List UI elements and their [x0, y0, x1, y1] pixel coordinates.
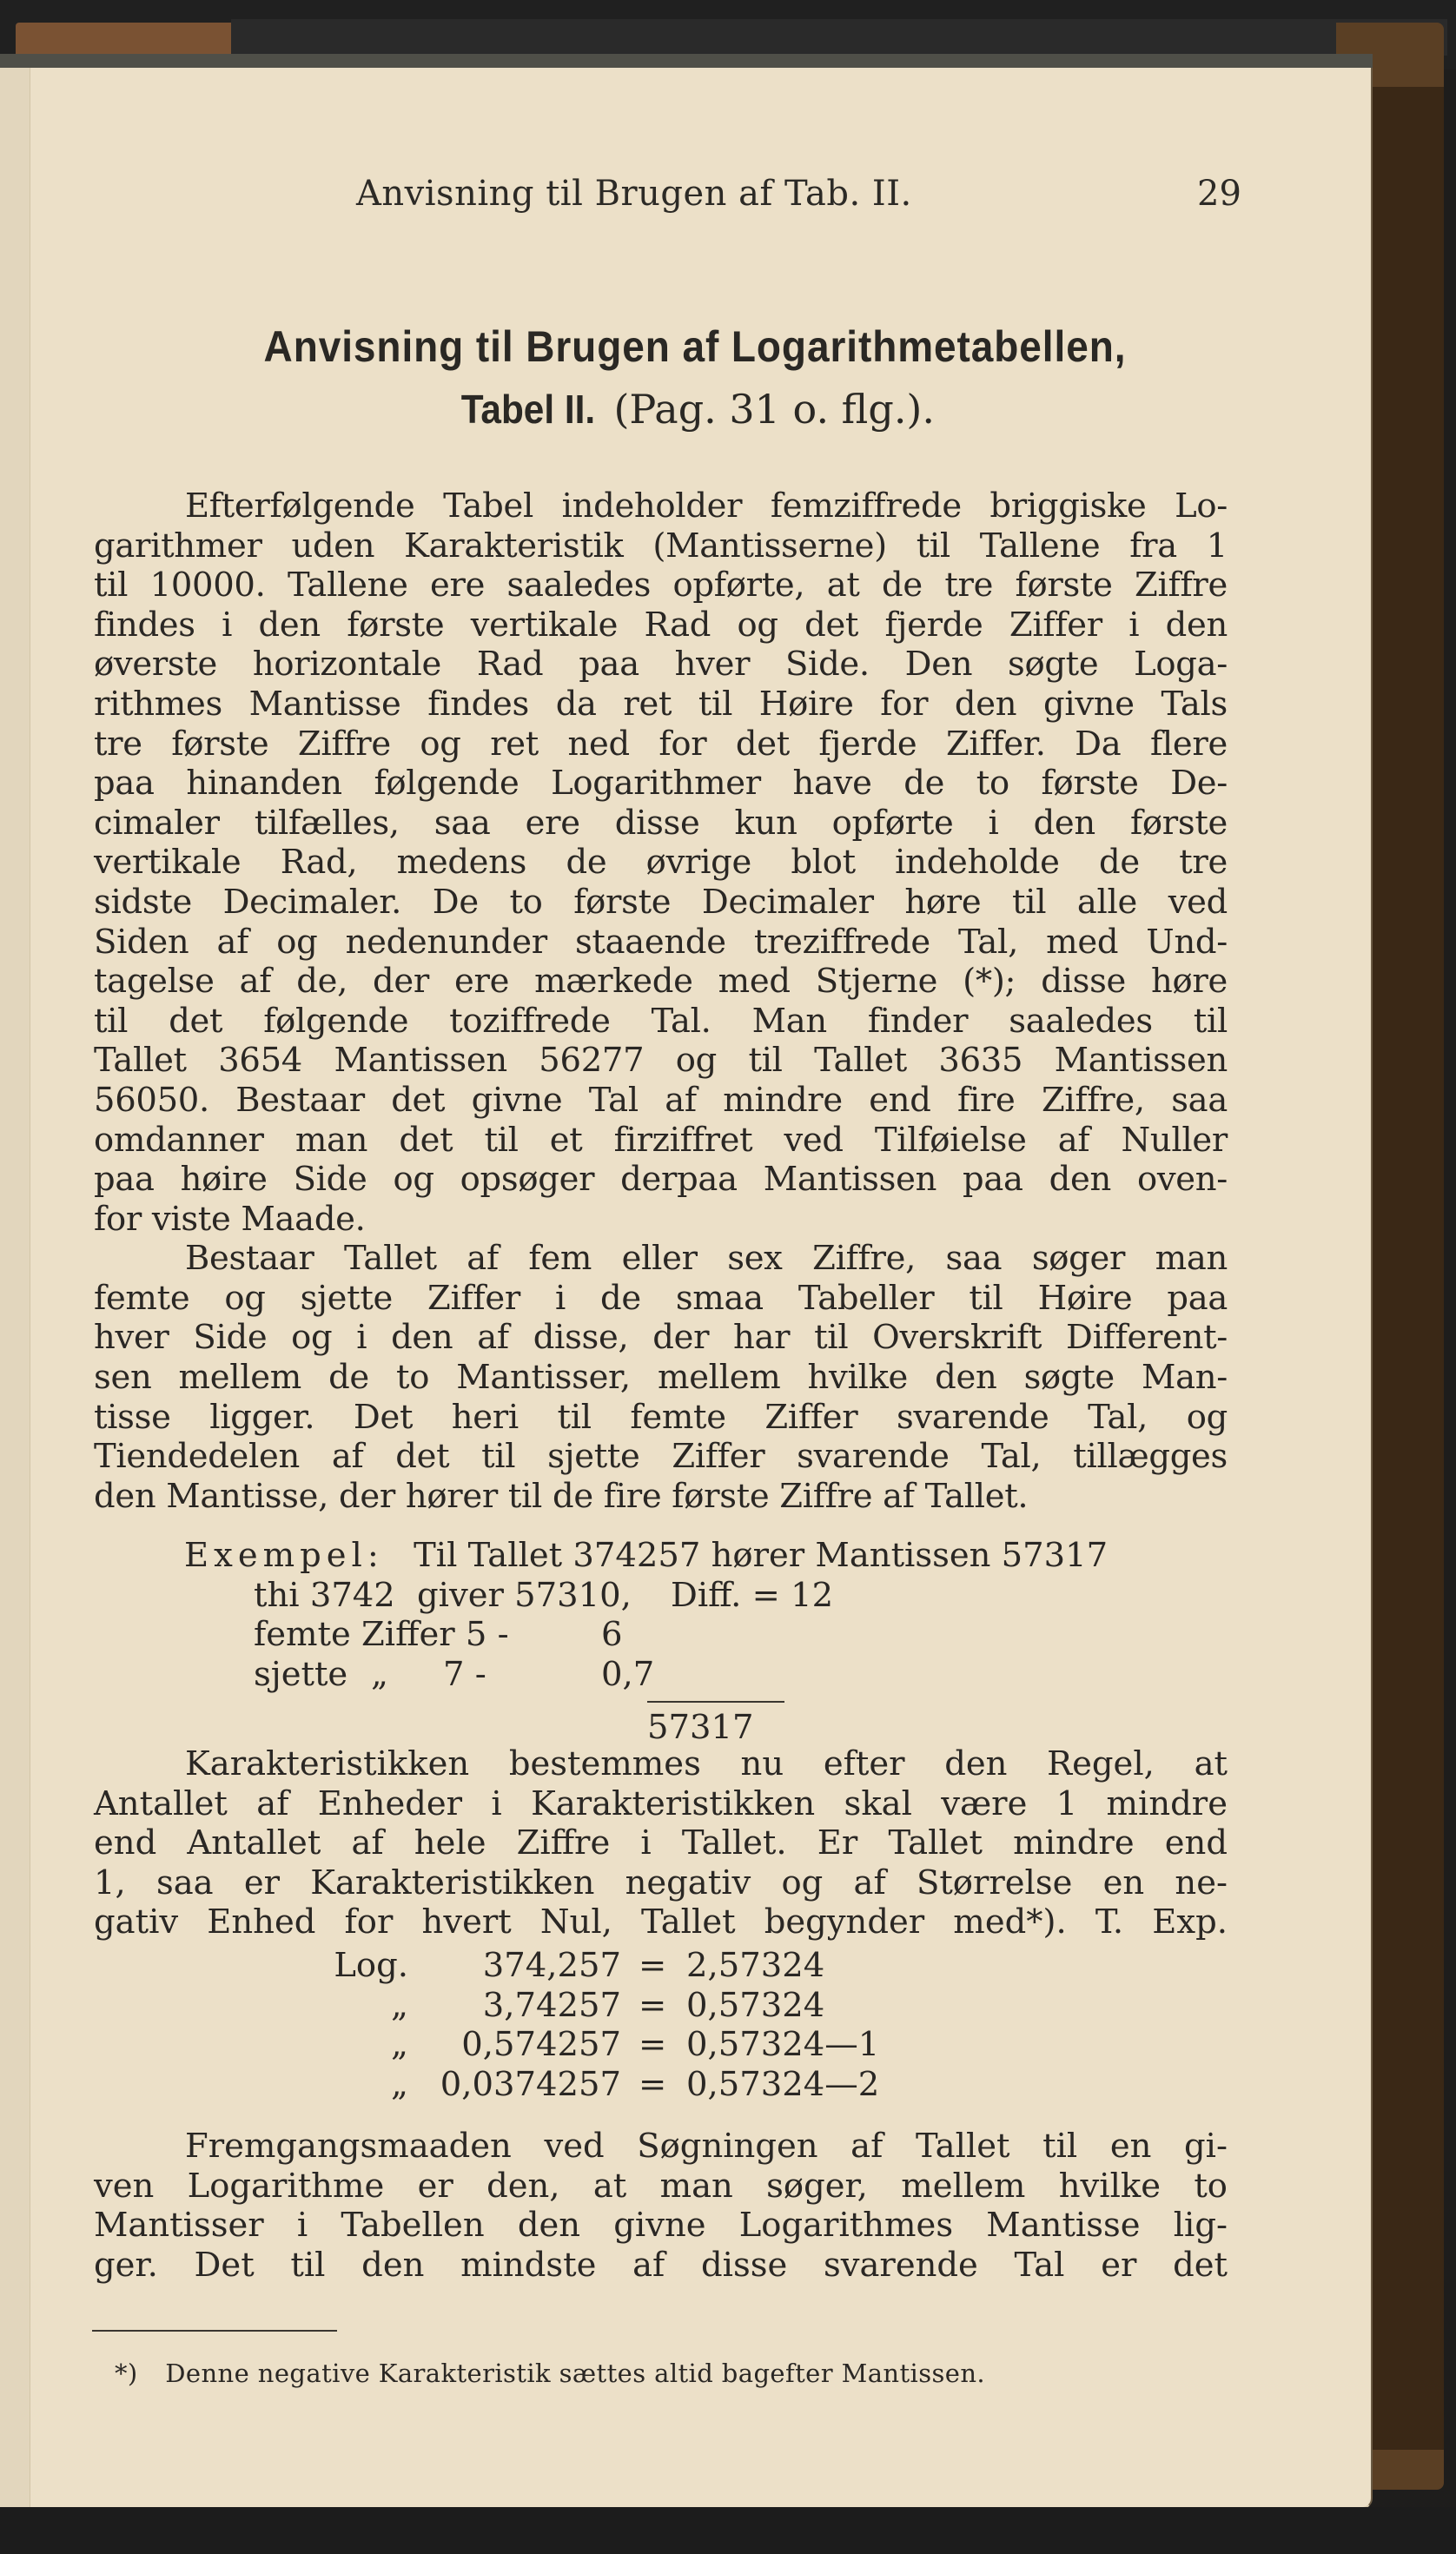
worked-example: Exempel: Til Tallet 374257 hører Mantiss…	[184, 1536, 1108, 1694]
text-line: tagelse af de, der ere mærkede med Stjer…	[94, 962, 1228, 1002]
book-cover-top-edge	[231, 19, 1447, 56]
equals-sign: =	[639, 2025, 666, 2065]
text-line: garithmer uden Karakteristik (Mantissern…	[94, 526, 1228, 566]
text-line: øverste horizontale Rad paa hver Side. D…	[94, 645, 1228, 685]
example-label: Exempel:	[184, 1536, 384, 1575]
text-line: ger. Det til den mindste af disse svaren…	[94, 2246, 1228, 2286]
text-line: paa høire Side og opsøger derpaa Mantiss…	[94, 1160, 1228, 1200]
text-line: cimaler tilfælles, saa ere disse kun opf…	[94, 804, 1228, 844]
log-prefix: Log.	[330, 1946, 408, 1986]
text-line: 1, saa er Karakteristikken negativ og af…	[94, 1863, 1228, 1903]
text-line: for viste Maade.	[94, 1200, 1228, 1240]
text-line: den Mantisse, der hører til de fire førs…	[94, 1477, 1228, 1517]
footnote: *) Denne negative Karakteristik sættes a…	[115, 2359, 985, 2388]
title-sub: Tabel II. (Pag. 31 o. flg.).	[130, 386, 1260, 433]
example-statement: Til Tallet 374257 hører Mantissen 57317	[414, 1536, 1108, 1575]
example-cell: giver 57310,	[417, 1576, 632, 1616]
text-line: Fremgangsmaaden ved Søgningen af Tallet …	[94, 2127, 1228, 2167]
example-cell: sjette	[254, 1655, 347, 1695]
equals-sign: =	[639, 1986, 666, 2026]
ditto-mark: „	[330, 2065, 408, 2105]
equals-sign: =	[639, 2065, 666, 2105]
log-result: 0,57324—2	[686, 2065, 879, 2105]
example-cell: thi 3742	[254, 1576, 395, 1616]
log-number: 374,257	[413, 1946, 621, 1986]
log-result: 0,57324—1	[686, 2025, 879, 2065]
text-line: til 10000. Tallene ere saaledes opførte,…	[94, 566, 1228, 605]
example-cell: 6	[601, 1615, 623, 1655]
example-cell: 7 -	[443, 1655, 486, 1695]
text-line: end Antallet af hele Ziffre i Tallet. Er…	[94, 1823, 1228, 1863]
page-number: 29	[1197, 174, 1241, 214]
example-row: sjette „ 7 - 0,7	[184, 1655, 1108, 1695]
text-line: paa hinanden følgende Logarithmer have d…	[94, 764, 1228, 804]
ditto-mark: „	[371, 1655, 388, 1695]
example-cell: femte Ziffer 5 -	[254, 1615, 509, 1655]
page-left-edge	[0, 68, 30, 2507]
text-line: Siden af og nedenunder staaende treziffr…	[94, 923, 1228, 963]
sum-rule	[647, 1701, 784, 1703]
text-line: Efterfølgende Tabel indeholder femziffre…	[94, 486, 1228, 526]
text-line: Karakteristikken bestemmes nu efter den …	[94, 1744, 1228, 1784]
log-result: 0,57324	[686, 1986, 824, 2026]
text-line: findes i den første vertikale Rad og det…	[94, 605, 1228, 645]
text-line: tisse ligger. Det heri til femte Ziffer …	[94, 1398, 1228, 1438]
log-result: 2,57324	[686, 1946, 824, 1986]
title-main: Anvisning til Brugen af Logarithmetabell…	[175, 321, 1214, 372]
equals-sign: =	[639, 1946, 666, 1986]
text-line: 56050. Bestaar det givne Tal af mindre e…	[94, 1081, 1228, 1121]
text-line: sidste Decimaler. De to første Decimaler…	[94, 883, 1228, 923]
log-number: 3,74257	[413, 1986, 621, 2026]
section-title: Anvisning til Brugen af Logarithmetabell…	[130, 321, 1260, 433]
title-page-ref: (Pag. 31 o. flg.).	[613, 386, 935, 433]
example-row: Exempel: Til Tallet 374257 hører Mantiss…	[184, 1536, 1108, 1576]
text-line: Mantisser i Tabellen den givne Logarithm…	[94, 2206, 1228, 2246]
text-line: til det følgende toziffrede Tal. Man fin…	[94, 1002, 1228, 1042]
text-line: vertikale Rad, medens de øvrige blot ind…	[94, 843, 1228, 883]
example-cell: 0,7	[601, 1655, 654, 1695]
text-line: Antallet af Enheder i Karakteristikken s…	[94, 1784, 1228, 1824]
text-line: ven Logarithme er den, at man søger, mel…	[94, 2167, 1228, 2207]
example-row: femte Ziffer 5 - 6	[184, 1615, 1108, 1655]
text-line: femte og sjette Ziffer i de smaa Tabelle…	[94, 1279, 1228, 1319]
paragraph-inverse-lookup: Fremgangsmaaden ved Søgningen af Tallet …	[94, 2127, 1228, 2285]
footnote-text: Denne negative Karakteristik sættes alti…	[165, 2359, 985, 2388]
text-line: tre første Ziffre og ret ned for det fje…	[94, 725, 1228, 764]
running-head: Anvisning til Brugen af Tab. II.	[356, 174, 912, 214]
paragraph-characteristic: Karakteristikken bestemmes nu efter den …	[94, 1744, 1228, 1942]
example-cell: Diff. = 12	[671, 1576, 833, 1616]
example-row: thi 3742 giver 57310, Diff. = 12	[184, 1576, 1108, 1616]
log-number: 0,0374257	[413, 2065, 621, 2105]
ditto-mark: „	[330, 1986, 408, 2026]
text-line: Tallet 3654 Mantissen 56277 og til Talle…	[94, 1041, 1228, 1081]
text-line: Tiendedelen af det til sjette Ziffer sva…	[94, 1437, 1228, 1477]
text-line: Bestaar Tallet af fem eller sex Ziffre, …	[94, 1239, 1228, 1279]
text-line: rithmes Mantisse findes da ret til Høire…	[94, 685, 1228, 725]
text-line: omdanner man det til et firziffret ved T…	[94, 1121, 1228, 1161]
scan-background-bottom	[0, 2507, 1456, 2554]
footnote-mark: *)	[115, 2359, 138, 2388]
text-line: gativ Enhed for hvert Nul, Tallet begynd…	[94, 1902, 1228, 1942]
text-line: hver Side og i den af disse, der har til…	[94, 1318, 1228, 1358]
text-line: sen mellem de to Mantisser, mellem hvilk…	[94, 1358, 1228, 1398]
footnote-divider	[92, 2330, 337, 2332]
title-table-label: Tabel II.	[461, 386, 595, 433]
log-number: 0,574257	[413, 2025, 621, 2065]
ditto-mark: „	[330, 2025, 408, 2065]
book-cover-shadow	[1371, 87, 1444, 2450]
paragraph-intro: Efterfølgende Tabel indeholder femziffre…	[94, 486, 1228, 1516]
book-cover-corner	[16, 23, 231, 56]
example-total: 57317	[647, 1708, 753, 1747]
